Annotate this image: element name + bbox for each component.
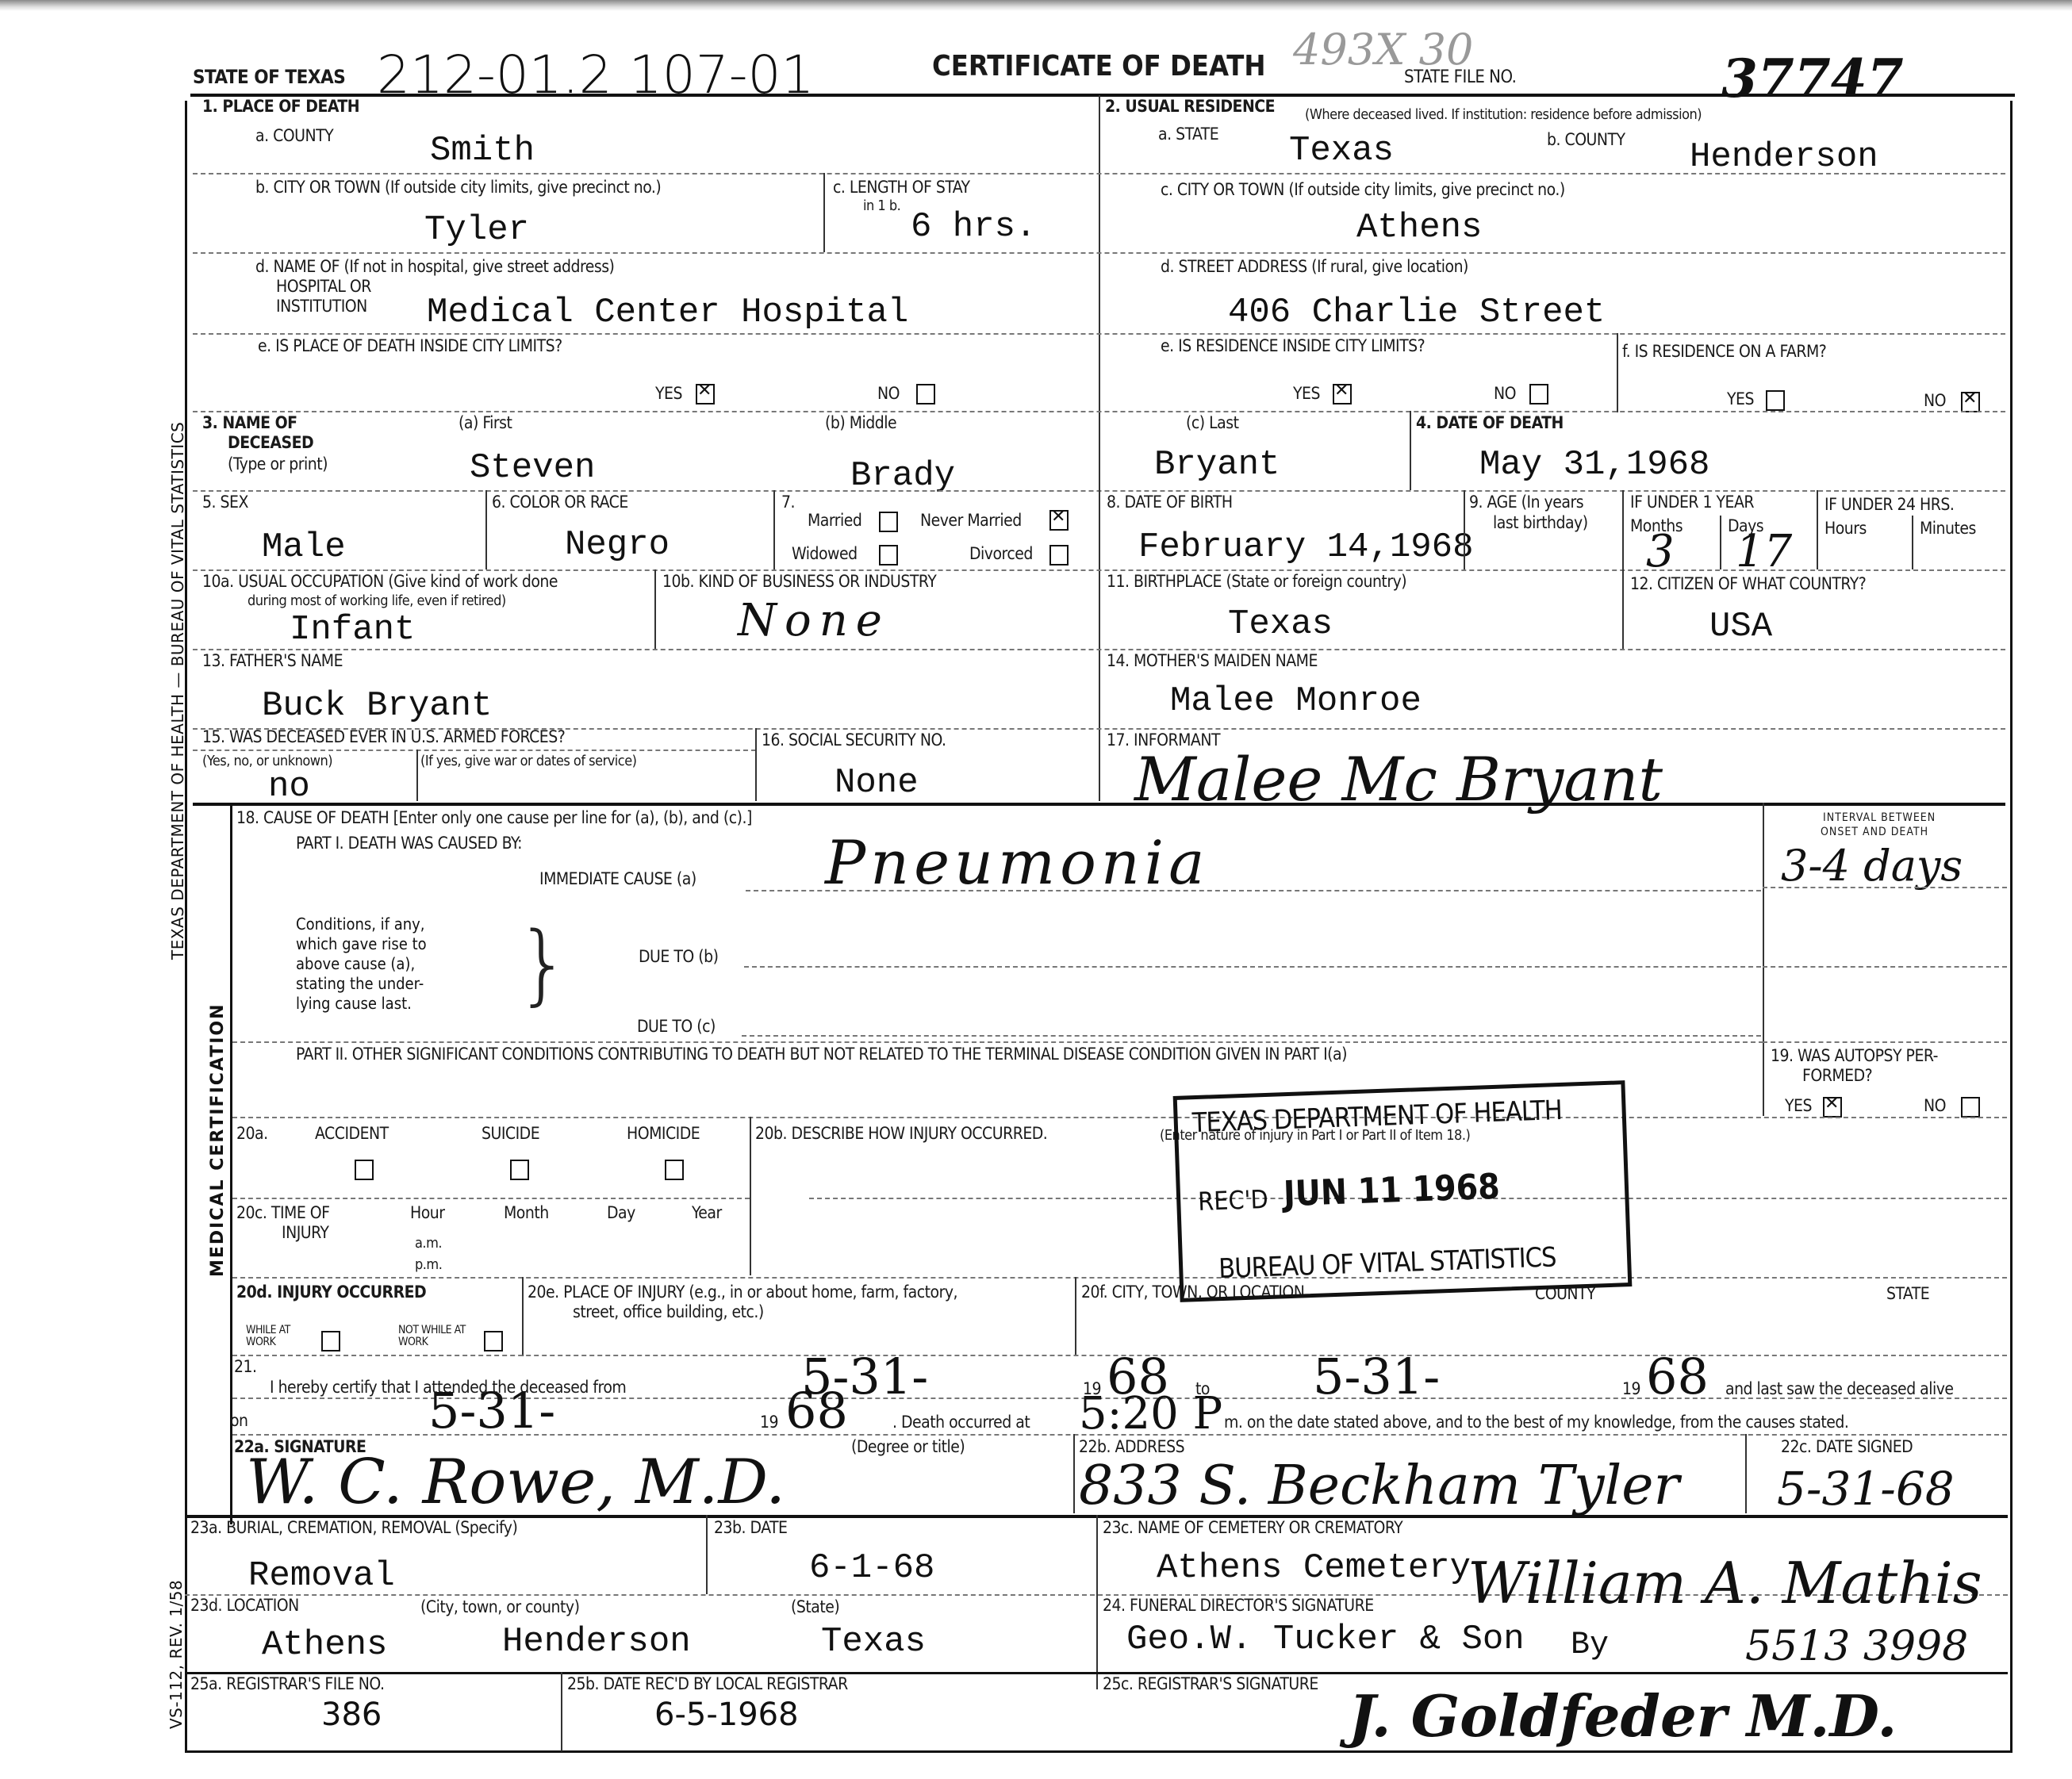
first-name: Steven [470, 451, 595, 485]
to-year-prefix: 19 [1622, 1380, 1640, 1398]
physician-address: 833 S. Beckham Tyler [1079, 1459, 1679, 1513]
usual-residence-label: 2. USUAL RESIDENCE [1105, 98, 1275, 116]
registrar-date: 6-5-1968 [654, 1699, 799, 1731]
director-signature: William A. Mathis [1468, 1555, 1982, 1612]
row-divider [1763, 887, 2007, 888]
injury-20a-label: 20a. [236, 1125, 268, 1143]
col-divider [750, 1117, 751, 1275]
minutes-label: Minutes [1920, 520, 1976, 538]
row-divider [193, 333, 2005, 335]
pm-label: p.m. [415, 1257, 442, 1273]
col-divider [1099, 490, 1100, 569]
yes-label: YES [1785, 1097, 1812, 1115]
hours-label: Hours [1825, 520, 1867, 538]
last-name: Bryant [1154, 447, 1280, 482]
section-rule [185, 1672, 2008, 1674]
col-divider [1622, 490, 1624, 569]
occupation-label-2: during most of working life, even if ret… [247, 593, 506, 609]
location-county: Henderson [502, 1624, 691, 1659]
under-year-label: IF UNDER 1 YEAR [1630, 493, 1754, 512]
col-divider [1410, 411, 1411, 490]
farm-yes-checkbox[interactable] [1766, 390, 1785, 411]
ssn-label: 16. SOCIAL SECURITY NO. [762, 731, 946, 750]
note-line: above cause (a), [296, 954, 427, 974]
cert-text-2: and last saw the deceased alive [1725, 1380, 1954, 1398]
date-of-birth: February 14,1968 [1138, 530, 1473, 565]
widowed-checkbox[interactable] [879, 545, 898, 566]
married-label: Married [808, 512, 861, 530]
brace: } [516, 920, 571, 1007]
autopsy-yes-checkbox[interactable] [1823, 1097, 1842, 1118]
res-city: Athens [1356, 210, 1482, 245]
occupation-label: 10a. USUAL OCCUPATION (Give kind of work… [202, 573, 558, 591]
answer-line [742, 1035, 1761, 1037]
date-of-death-label: 4. DATE OF DEATH [1416, 414, 1564, 432]
married-checkbox[interactable] [879, 512, 898, 532]
armed-forces-label: 15. WAS DECEASED EVER IN U.S. ARMED FORC… [202, 728, 565, 746]
immediate-cause-label: IMMEDIATE CAUSE (a) [539, 870, 696, 888]
accident-label: ACCIDENT [315, 1125, 389, 1143]
informant-signature: Malee Mc Bryant [1134, 750, 1663, 810]
immediate-cause: Pneumonia [825, 833, 1209, 893]
col-divider [1096, 1515, 1098, 1689]
answer-line [744, 966, 1761, 968]
divorced-label: Divorced [969, 545, 1033, 563]
business: None [738, 599, 890, 643]
stamp-line-1: TEXAS DEPARTMENT OF HEALTH [1191, 1095, 1562, 1139]
note-line: which gave rise to [296, 934, 427, 954]
last-name-label: (c) Last [1186, 414, 1238, 432]
col-divider [1622, 569, 1624, 649]
occupation: Infant [290, 612, 415, 647]
father-label: 13. FATHER'S NAME [202, 652, 343, 670]
death-inside-limits-yes-checkbox[interactable] [696, 384, 715, 404]
due-to-c-label: DUE TO (c) [637, 1018, 716, 1036]
center-divider [1099, 95, 1100, 801]
location-city-label: (City, town, or county) [420, 1598, 579, 1616]
pencil-note: 493X 30 [1293, 29, 1473, 71]
hospital-name: Medical Center Hospital [427, 295, 908, 330]
farm-no-checkbox[interactable] [1961, 392, 1980, 412]
col-divider [706, 1515, 708, 1594]
hospital-label-2: HOSPITAL OR [276, 278, 371, 296]
col-divider [1075, 1277, 1076, 1356]
registrar-signature: J. Goldfeder M.D. [1349, 1688, 1897, 1745]
row-divider [232, 1117, 2007, 1118]
interval-onset-death: 3-4 days [1781, 845, 1963, 888]
sex: Male [262, 530, 346, 565]
homicide-checkbox[interactable] [665, 1160, 684, 1180]
col-divider [1912, 516, 1913, 569]
degree-label: (Degree or title) [851, 1438, 965, 1456]
section-rule [193, 803, 2005, 806]
farm-label: f. IS RESIDENCE ON A FARM? [1622, 343, 1826, 361]
state-label: STATE OF TEXAS [193, 67, 345, 87]
registrar-date-label: 25b. DATE REC'D BY LOCAL REGISTRAR [567, 1675, 848, 1693]
interval-label-2: ONSET AND DEATH [1821, 826, 1928, 838]
date-signed-label: 22c. DATE SIGNED [1781, 1438, 1913, 1456]
day-label: Day [607, 1204, 635, 1222]
part2-label: PART II. OTHER SIGNIFICANT CONDITIONS CO… [296, 1045, 1347, 1064]
res-state: Texas [1289, 133, 1394, 168]
stamp-date: JUN 11 1968 [1283, 1167, 1500, 1214]
note-line: lying cause last. [296, 994, 427, 1014]
col-divider [485, 490, 487, 569]
res-inside-limits-label: e. IS RESIDENCE INSIDE CITY LIMITS? [1161, 337, 1425, 355]
citizen-label: 12. CITIZEN OF WHAT COUNTRY? [1630, 575, 1866, 593]
col-divider [755, 728, 757, 801]
divorced-checkbox[interactable] [1049, 545, 1069, 566]
birthplace-label: 11. BIRTHPLACE (State or foreign country… [1107, 573, 1406, 591]
director-label: 24. FUNERAL DIRECTOR'S SIGNATURE [1103, 1597, 1374, 1615]
no-label: NO [877, 385, 900, 403]
cert-text-3: m. on the date stated above, and to the … [1224, 1413, 1848, 1432]
time-of-injury-label: 20c. TIME OF [236, 1204, 330, 1222]
no-label: NO [1494, 385, 1516, 403]
scan-top-edge [0, 0, 2072, 11]
note-line: Conditions, if any, [296, 914, 427, 934]
hour-label: Hour [410, 1204, 445, 1222]
homicide-label: HOMICIDE [627, 1125, 700, 1143]
death-city: Tyler [424, 213, 529, 247]
dob-label: 8. DATE OF BIRTH [1107, 493, 1233, 512]
res-state-label: a. STATE [1158, 125, 1218, 144]
col-divider [1720, 516, 1721, 569]
stay-label: c. LENGTH OF STAY [833, 178, 970, 197]
side-medical-certification: MEDICAL CERTIFICATION [208, 1003, 228, 1277]
hospital-label-3: INSTITUTION [276, 297, 367, 316]
stay-sub: in 1 b. [863, 198, 900, 214]
place-of-injury-label: 20e. PLACE OF INJURY (e.g., in or about … [528, 1283, 957, 1302]
on-year-prefix: 19 [760, 1413, 778, 1432]
race: Negro [565, 527, 670, 562]
yes-label: YES [1727, 390, 1754, 408]
street-label: d. STREET ADDRESS (If rural, give locati… [1161, 258, 1468, 276]
cemetery-name: Athens Cemetery [1157, 1551, 1471, 1585]
autopsy-label-2: FORMED? [1802, 1067, 1872, 1085]
sex-label: 5. SEX [202, 493, 248, 512]
autopsy-no-checkbox[interactable] [1961, 1097, 1980, 1118]
no-label: NO [1924, 1097, 1946, 1115]
cemetery-label: 23c. NAME OF CEMETERY OR CREMATORY [1103, 1519, 1402, 1537]
attended-to-date: 5-31- [1313, 1352, 1440, 1401]
col-divider [561, 1672, 562, 1751]
age-months: 3 [1646, 530, 1675, 574]
note-line: stating the under- [296, 974, 427, 994]
col-divider [654, 569, 656, 649]
form-revision: VS-112, REV. 1/58 [167, 1580, 186, 1729]
funeral-home: Geo.W. Tucker & Son [1126, 1622, 1525, 1657]
col-divider [773, 490, 775, 569]
col-divider [522, 1277, 524, 1356]
by-label: By [1571, 1630, 1609, 1662]
res-inside-limits-yes-checkbox[interactable] [1333, 384, 1352, 404]
received-stamp: TEXAS DEPARTMENT OF HEALTH REC'D JUN 11 … [1173, 1080, 1633, 1302]
suicide-label: SUICIDE [482, 1125, 539, 1143]
not-while-at-work-checkbox[interactable] [484, 1331, 503, 1352]
while-at-work-checkbox[interactable] [321, 1331, 340, 1352]
month-label: Month [504, 1204, 549, 1222]
cert-number: 21. [234, 1358, 257, 1376]
burial-date-label: 23b. DATE [714, 1519, 787, 1537]
row-divider [1763, 966, 2007, 968]
ssn: None [835, 765, 919, 800]
race-label: 6. COLOR OR RACE [492, 493, 628, 512]
col-divider [823, 173, 825, 252]
injury-state-label: STATE [1886, 1285, 1929, 1303]
usual-residence-note: (Where deceased lived. If institution: r… [1305, 107, 1702, 123]
col-divider [1763, 803, 1764, 1116]
mother-maiden-name: Malee Monroe [1170, 684, 1422, 719]
row-divider [193, 750, 756, 751]
marital-label: 7. [781, 493, 795, 512]
last-seen-date: 5-31- [428, 1386, 555, 1436]
location-label: 23d. LOCATION [190, 1597, 299, 1615]
stamp-line-3: BUREAU OF VITAL STATISTICS [1218, 1241, 1556, 1285]
col-divider [1817, 490, 1818, 569]
armed-sub2: (If yes, give war or dates of service) [420, 753, 637, 769]
time-of-injury-label-2: INJURY [282, 1224, 328, 1242]
name-label-2: DECEASED [228, 434, 313, 452]
place-of-injury-label-2: street, office building, etc.) [573, 1303, 764, 1321]
row-divider [232, 1434, 2007, 1436]
yes-label: YES [655, 385, 682, 403]
res-county-label: b. COUNTY [1547, 131, 1625, 149]
row-divider [232, 1198, 750, 1199]
director-number: 5513 3998 [1745, 1626, 1968, 1667]
registrar-file-label: 25a. REGISTRAR'S FILE NO. [190, 1675, 384, 1693]
row-divider [193, 569, 2005, 571]
injury-occurred-label: 20d. INJURY OCCURRED [236, 1283, 426, 1302]
autopsy-label: 19. WAS AUTOPSY PER- [1771, 1047, 1938, 1065]
row-divider [1763, 1041, 2007, 1043]
middle-name-label: (b) Middle [825, 414, 896, 432]
inside-limits-label: e. IS PLACE OF DEATH INSIDE CITY LIMITS? [258, 337, 562, 355]
res-inside-limits-no-checkbox[interactable] [1529, 384, 1548, 404]
not-while-at-work-label: NOT WHILE AT WORK [398, 1325, 470, 1348]
page-title: CERTIFICATE OF DEATH [932, 51, 1266, 82]
registrar-signature-label: 25c. REGISTRAR'S SIGNATURE [1103, 1675, 1318, 1693]
under-24-label: IF UNDER 24 HRS. [1825, 496, 1954, 514]
registrar-file-number: 386 [321, 1699, 382, 1731]
location-state-label: (State) [791, 1598, 839, 1616]
am-label: a.m. [415, 1236, 442, 1252]
suicide-checkbox[interactable] [510, 1160, 529, 1180]
length-of-stay: 6 hrs. [911, 209, 1036, 244]
burial-date: 6-1-68 [809, 1551, 934, 1585]
age-label: 9. AGE (In years [1469, 493, 1583, 512]
middle-name: Brady [850, 458, 955, 493]
row-divider [193, 649, 2005, 650]
death-county: Smith [430, 133, 535, 168]
death-inside-limits-no-checkbox[interactable] [916, 384, 935, 404]
mother-label: 14. MOTHER'S MAIDEN NAME [1107, 652, 1318, 670]
first-name-label: (a) First [459, 414, 512, 432]
place-of-death-label: 1. PLACE OF DEATH [202, 98, 359, 116]
res-street: 406 Charlie Street [1228, 295, 1605, 330]
while-at-work-label: WHILE AT WORK [246, 1325, 301, 1348]
name-label: 3. NAME OF [202, 414, 297, 432]
age-label-2: last birthday) [1493, 514, 1588, 532]
header-rule [190, 94, 2015, 97]
date-signed: 5-31-68 [1777, 1466, 1955, 1512]
row-divider [232, 1277, 2007, 1279]
year-label: Year [692, 1204, 722, 1222]
never-married-checkbox[interactable] [1049, 510, 1069, 531]
col-divider [1464, 490, 1465, 569]
birthplace: Texas [1228, 607, 1333, 642]
death-time: 5:20 P [1079, 1392, 1222, 1436]
location-state: Texas [821, 1624, 926, 1659]
res-county: Henderson [1690, 140, 1878, 174]
age-days: 17 [1736, 530, 1792, 574]
due-to-b-label: DUE TO (b) [639, 948, 718, 966]
physician-signature: W. C. Rowe, M.D. [246, 1451, 785, 1513]
name-label-3: (Type or print) [228, 455, 328, 474]
col-divider [1745, 1434, 1747, 1513]
cause-label: 18. CAUSE OF DEATH [Enter only one cause… [236, 809, 752, 827]
on-label: on [230, 1412, 248, 1430]
side-department-text: TEXAS DEPARTMENT OF HEALTH — BUREAU OF V… [168, 422, 187, 960]
col-divider [1617, 333, 1618, 412]
burial-label: 23a. BURIAL, CREMATION, REMOVAL (Specify… [190, 1519, 517, 1537]
never-married-label: Never Married [920, 512, 1022, 530]
row-divider [232, 1041, 1763, 1043]
business-label: 10b. KIND OF BUSINESS OR INDUSTRY [662, 573, 936, 591]
col-divider [1073, 1434, 1075, 1513]
yes-label: YES [1293, 385, 1320, 403]
attended-to-year: 68 [1646, 1352, 1709, 1401]
death-at-label: . Death occurred at [892, 1413, 1030, 1432]
armed-forces: no [268, 769, 310, 804]
conditions-note: Conditions, if any, which gave rise to a… [296, 914, 427, 1014]
address-label: 22b. ADDRESS [1079, 1438, 1184, 1456]
row-divider [193, 252, 2005, 254]
city-label: b. CITY OR TOWN (If outside city limits,… [255, 178, 661, 197]
county-label: a. COUNTY [255, 127, 333, 145]
describe-injury-label: 20b. DESCRIBE HOW INJURY OCCURRED. [755, 1125, 1047, 1143]
citizen: USA [1709, 609, 1772, 644]
hospital-label: d. NAME OF (If not in hospital, give str… [255, 258, 614, 276]
date-of-death: May 31,1968 [1479, 447, 1709, 482]
last-seen-year: 68 [785, 1386, 848, 1436]
burial-method: Removal [248, 1559, 395, 1593]
state-file-label: STATE FILE NO. [1404, 68, 1516, 87]
col-divider [416, 750, 418, 801]
row-divider [193, 173, 2005, 174]
father-name: Buck Bryant [262, 688, 492, 723]
interval-label: INTERVAL BETWEEN [1823, 812, 1936, 824]
row-divider [193, 411, 2005, 412]
widowed-label: Widowed [792, 545, 858, 563]
accident-checkbox[interactable] [355, 1160, 374, 1180]
stamp-recd: REC'D [1198, 1184, 1269, 1217]
res-city-label: c. CITY OR TOWN (If outside city limits,… [1161, 181, 1565, 199]
no-label: NO [1924, 392, 1946, 410]
location-city: Athens [262, 1628, 387, 1662]
part1-label: PART I. DEATH WAS CAUSED BY: [296, 834, 522, 853]
